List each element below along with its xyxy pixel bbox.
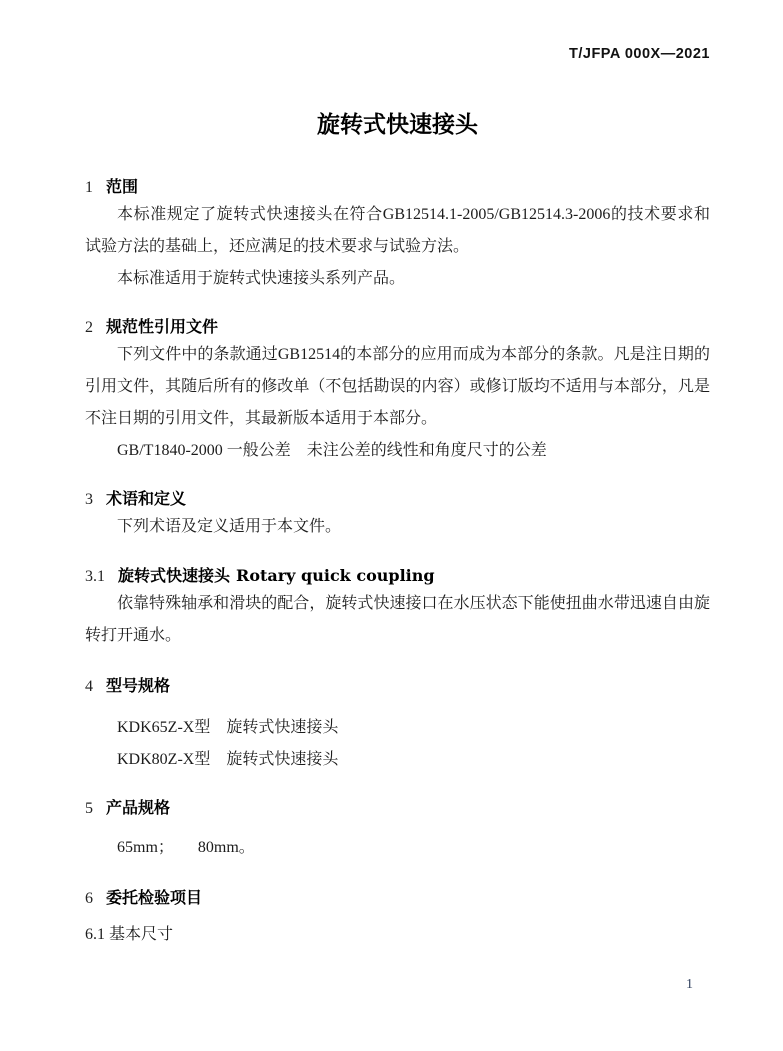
section-3-1-heading: 3.1旋转式快速接头Rotary quick coupling <box>85 565 710 588</box>
section-3-paragraph-1: 下列术语及定义适用于本文件。 <box>85 511 710 543</box>
document-title: 旋转式快速接头 <box>85 106 710 139</box>
section-3-heading: 3术语和定义 <box>85 489 710 511</box>
section-6-number: 6 <box>85 890 93 907</box>
normative-reference-entry: GB/T1840-2000 一般公差 未注公差的线性和角度尺寸的公差 <box>85 435 710 467</box>
document-code: T/JFPA 000X—2021 <box>85 0 710 62</box>
model-spec-line-1: KDK65Z-X型 旋转式快速接头 <box>85 712 710 744</box>
section-1-paragraph-2: 本标准适用于旋转式快速接头系列产品。 <box>85 263 710 295</box>
section-3-1-number: 3.1 <box>85 568 105 585</box>
section-3-1-title-zh: 旋转式快速接头 <box>118 568 230 585</box>
section-2-number: 2 <box>85 319 93 336</box>
section-2-title: 规范性引用文件 <box>106 319 218 336</box>
section-1-heading: 1范围 <box>85 177 710 199</box>
section-3-title: 术语和定义 <box>106 491 186 508</box>
product-spec-line: 65mm； 80mm。 <box>85 832 710 864</box>
section-4-heading: 4型号规格 <box>85 676 710 698</box>
section-5-number: 5 <box>85 800 93 817</box>
section-1-title: 范围 <box>106 179 138 196</box>
section-6-title: 委托检验项目 <box>106 890 202 907</box>
section-2-heading: 2规范性引用文件 <box>85 317 710 339</box>
section-6-heading: 6委托检验项目 <box>85 888 710 910</box>
section-2-paragraph-1: 下列文件中的条款通过GB12514的本部分的应用而成为本部分的条款。凡是注日期的… <box>85 339 710 435</box>
section-3-number: 3 <box>85 491 93 508</box>
page-number: 1 <box>686 976 693 994</box>
section-1-paragraph-1: 本标准规定了旋转式快速接头在符合GB12514.1-2005/GB12514.3… <box>85 199 710 263</box>
section-4-number: 4 <box>85 678 93 695</box>
subsection-6-1-heading: 6.1 基本尺寸 <box>85 924 710 946</box>
section-3-1-definition: 依靠特殊轴承和滑块的配合，旋转式快速接口在水压状态下能使扭曲水带迅速自由旋转打开… <box>85 588 710 652</box>
section-3-1-title-en: Rotary quick coupling <box>236 566 435 585</box>
section-4-title: 型号规格 <box>106 678 170 695</box>
document-page: T/JFPA 000X—2021 旋转式快速接头 1范围 本标准规定了旋转式快速… <box>0 0 783 1051</box>
section-1-number: 1 <box>85 179 93 196</box>
section-5-title: 产品规格 <box>106 800 170 817</box>
model-spec-line-2: KDK80Z-X型 旋转式快速接头 <box>85 744 710 776</box>
section-5-heading: 5产品规格 <box>85 798 710 820</box>
